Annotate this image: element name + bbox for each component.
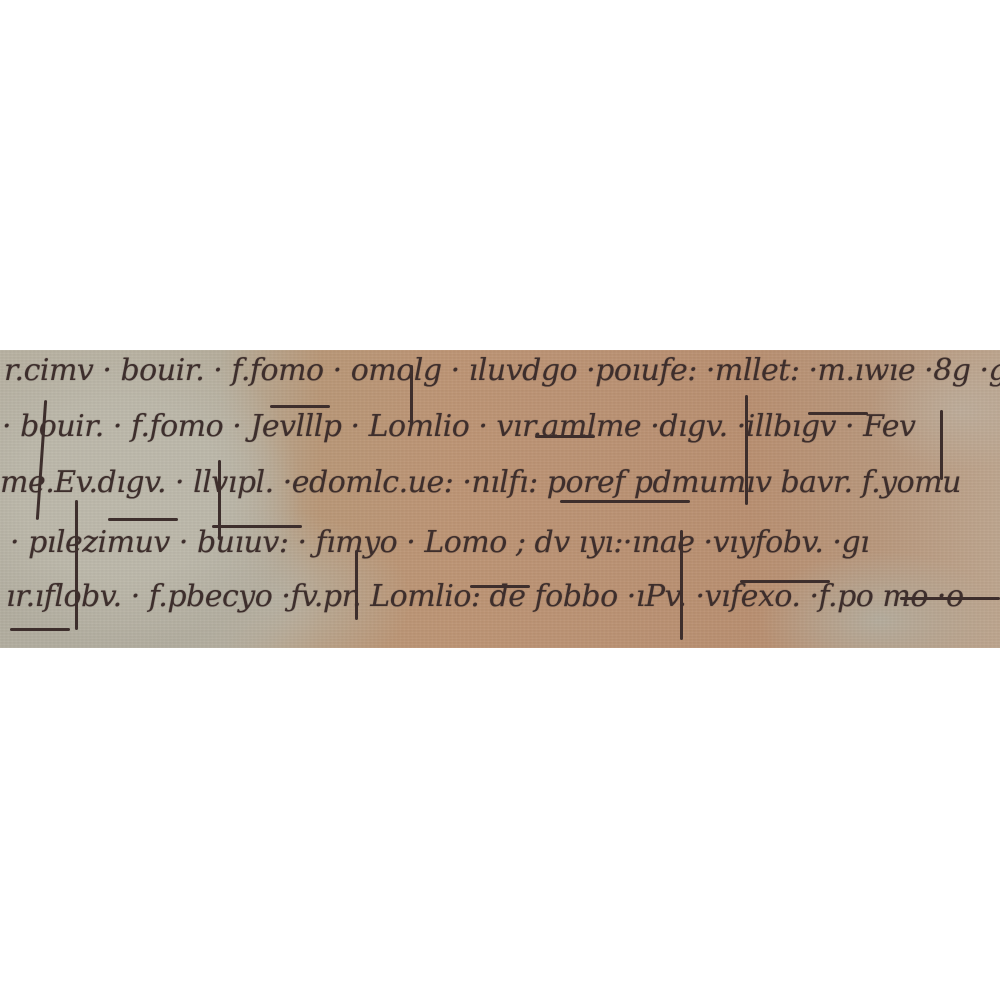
- calligraphy-stroke: [940, 410, 943, 480]
- calligraphy-stroke: [212, 525, 302, 528]
- script-line: me.Ev.dıgv. · llvıpl. ·edomlc.ue: ·nılfı…: [0, 468, 961, 498]
- calligraphy-stroke: [270, 405, 330, 408]
- calligraphy-stroke: [680, 530, 683, 640]
- calligraphy-stroke: [355, 550, 358, 620]
- calligraphy-stroke: [218, 460, 221, 540]
- script-line: r.cimv · bouir. · f.fomo · omolg · ıluvd…: [4, 356, 1000, 386]
- ceramic-tile: r.cimv · bouir. · f.fomo · omolg · ıluvd…: [0, 350, 1000, 648]
- calligraphy-stroke: [740, 580, 830, 583]
- calligraphy-stroke: [560, 500, 690, 503]
- calligraphy-stroke: [75, 500, 78, 630]
- calligraphy-stroke: [470, 585, 530, 588]
- calligraphy-stroke: [108, 518, 178, 521]
- script-line: · bouir. · f.fomo · Jevlllp · Lomlio · v…: [2, 412, 915, 442]
- calligraphy-stroke: [900, 597, 1000, 600]
- calligraphy-stroke: [808, 412, 868, 415]
- calligraphy-stroke: [745, 395, 748, 505]
- calligraphy-stroke: [535, 435, 595, 438]
- script-line: · pılezimuv · buıuv: · ƒımyo · Lomo ; dv…: [10, 528, 869, 558]
- calligraphy-stroke: [10, 628, 70, 631]
- calligraphy-stroke: [410, 365, 413, 425]
- image-canvas: r.cimv · bouir. · f.fomo · omolg · ıluvd…: [0, 0, 1000, 1000]
